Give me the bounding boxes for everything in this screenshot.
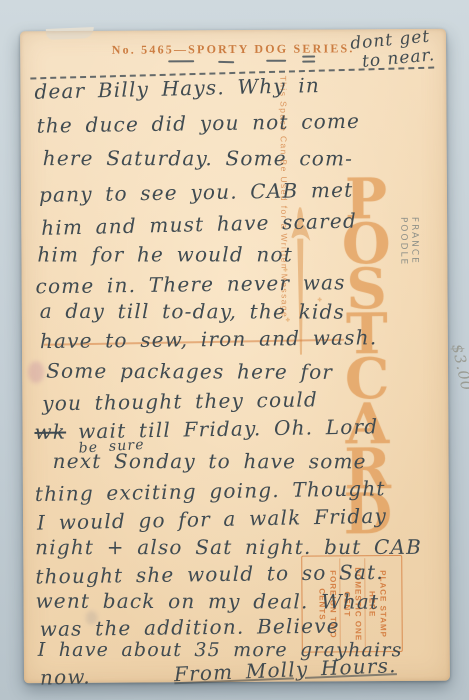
watermark-letter: C [322, 357, 412, 403]
postcard-back: No. 5465—SPORTY DOG SERIES. dont get to … [20, 29, 450, 684]
message-line: went back on my deal. What [35, 589, 379, 614]
message-line: have to sew, iron and wash. [40, 325, 378, 353]
ink-smudge [28, 361, 44, 383]
pencil-price-note: $3.00 [448, 342, 469, 393]
message-line: thing exciting going. Thought [35, 476, 386, 506]
struck-word: wk [34, 420, 66, 445]
message-line: I would go for a walk Friday [37, 504, 387, 535]
pencil-underline [168, 60, 194, 62]
message-line: Some packages here for [46, 359, 333, 384]
message-line: thought she would to so Sat. [35, 560, 384, 589]
breed-note-line1: FRANCE [408, 217, 419, 266]
message-line: the duce did you not come [36, 109, 360, 138]
pencil-underline [218, 61, 234, 63]
message-line: you thought they could [42, 387, 318, 415]
pencil-breed-note: FRANCE POODLE [397, 217, 419, 266]
message-line: here Saturday. Some com- [43, 146, 353, 170]
message-line: him for he would not [37, 242, 293, 266]
message-line: next Sonday to have some [53, 449, 367, 473]
message-line: a day till to-day, the kids [40, 299, 345, 324]
pencil-underline [266, 60, 286, 62]
series-title: No. 5465—SPORTY DOG SERIES. [98, 41, 368, 58]
breed-note-line2: POODLE [397, 217, 408, 266]
message-line: come in. There never was [35, 270, 345, 298]
message-line: him and must have scared [41, 209, 357, 240]
message-closing: now. [40, 664, 91, 689]
corner-damage [46, 27, 94, 40]
message-line: pany to see you. CAB met [39, 178, 354, 207]
message-line: night + also Sat night. but CAB [35, 535, 422, 559]
message-line: was the addition. Believe [40, 614, 340, 641]
pencil-underline [302, 61, 315, 63]
pencil-underline [302, 56, 315, 58]
